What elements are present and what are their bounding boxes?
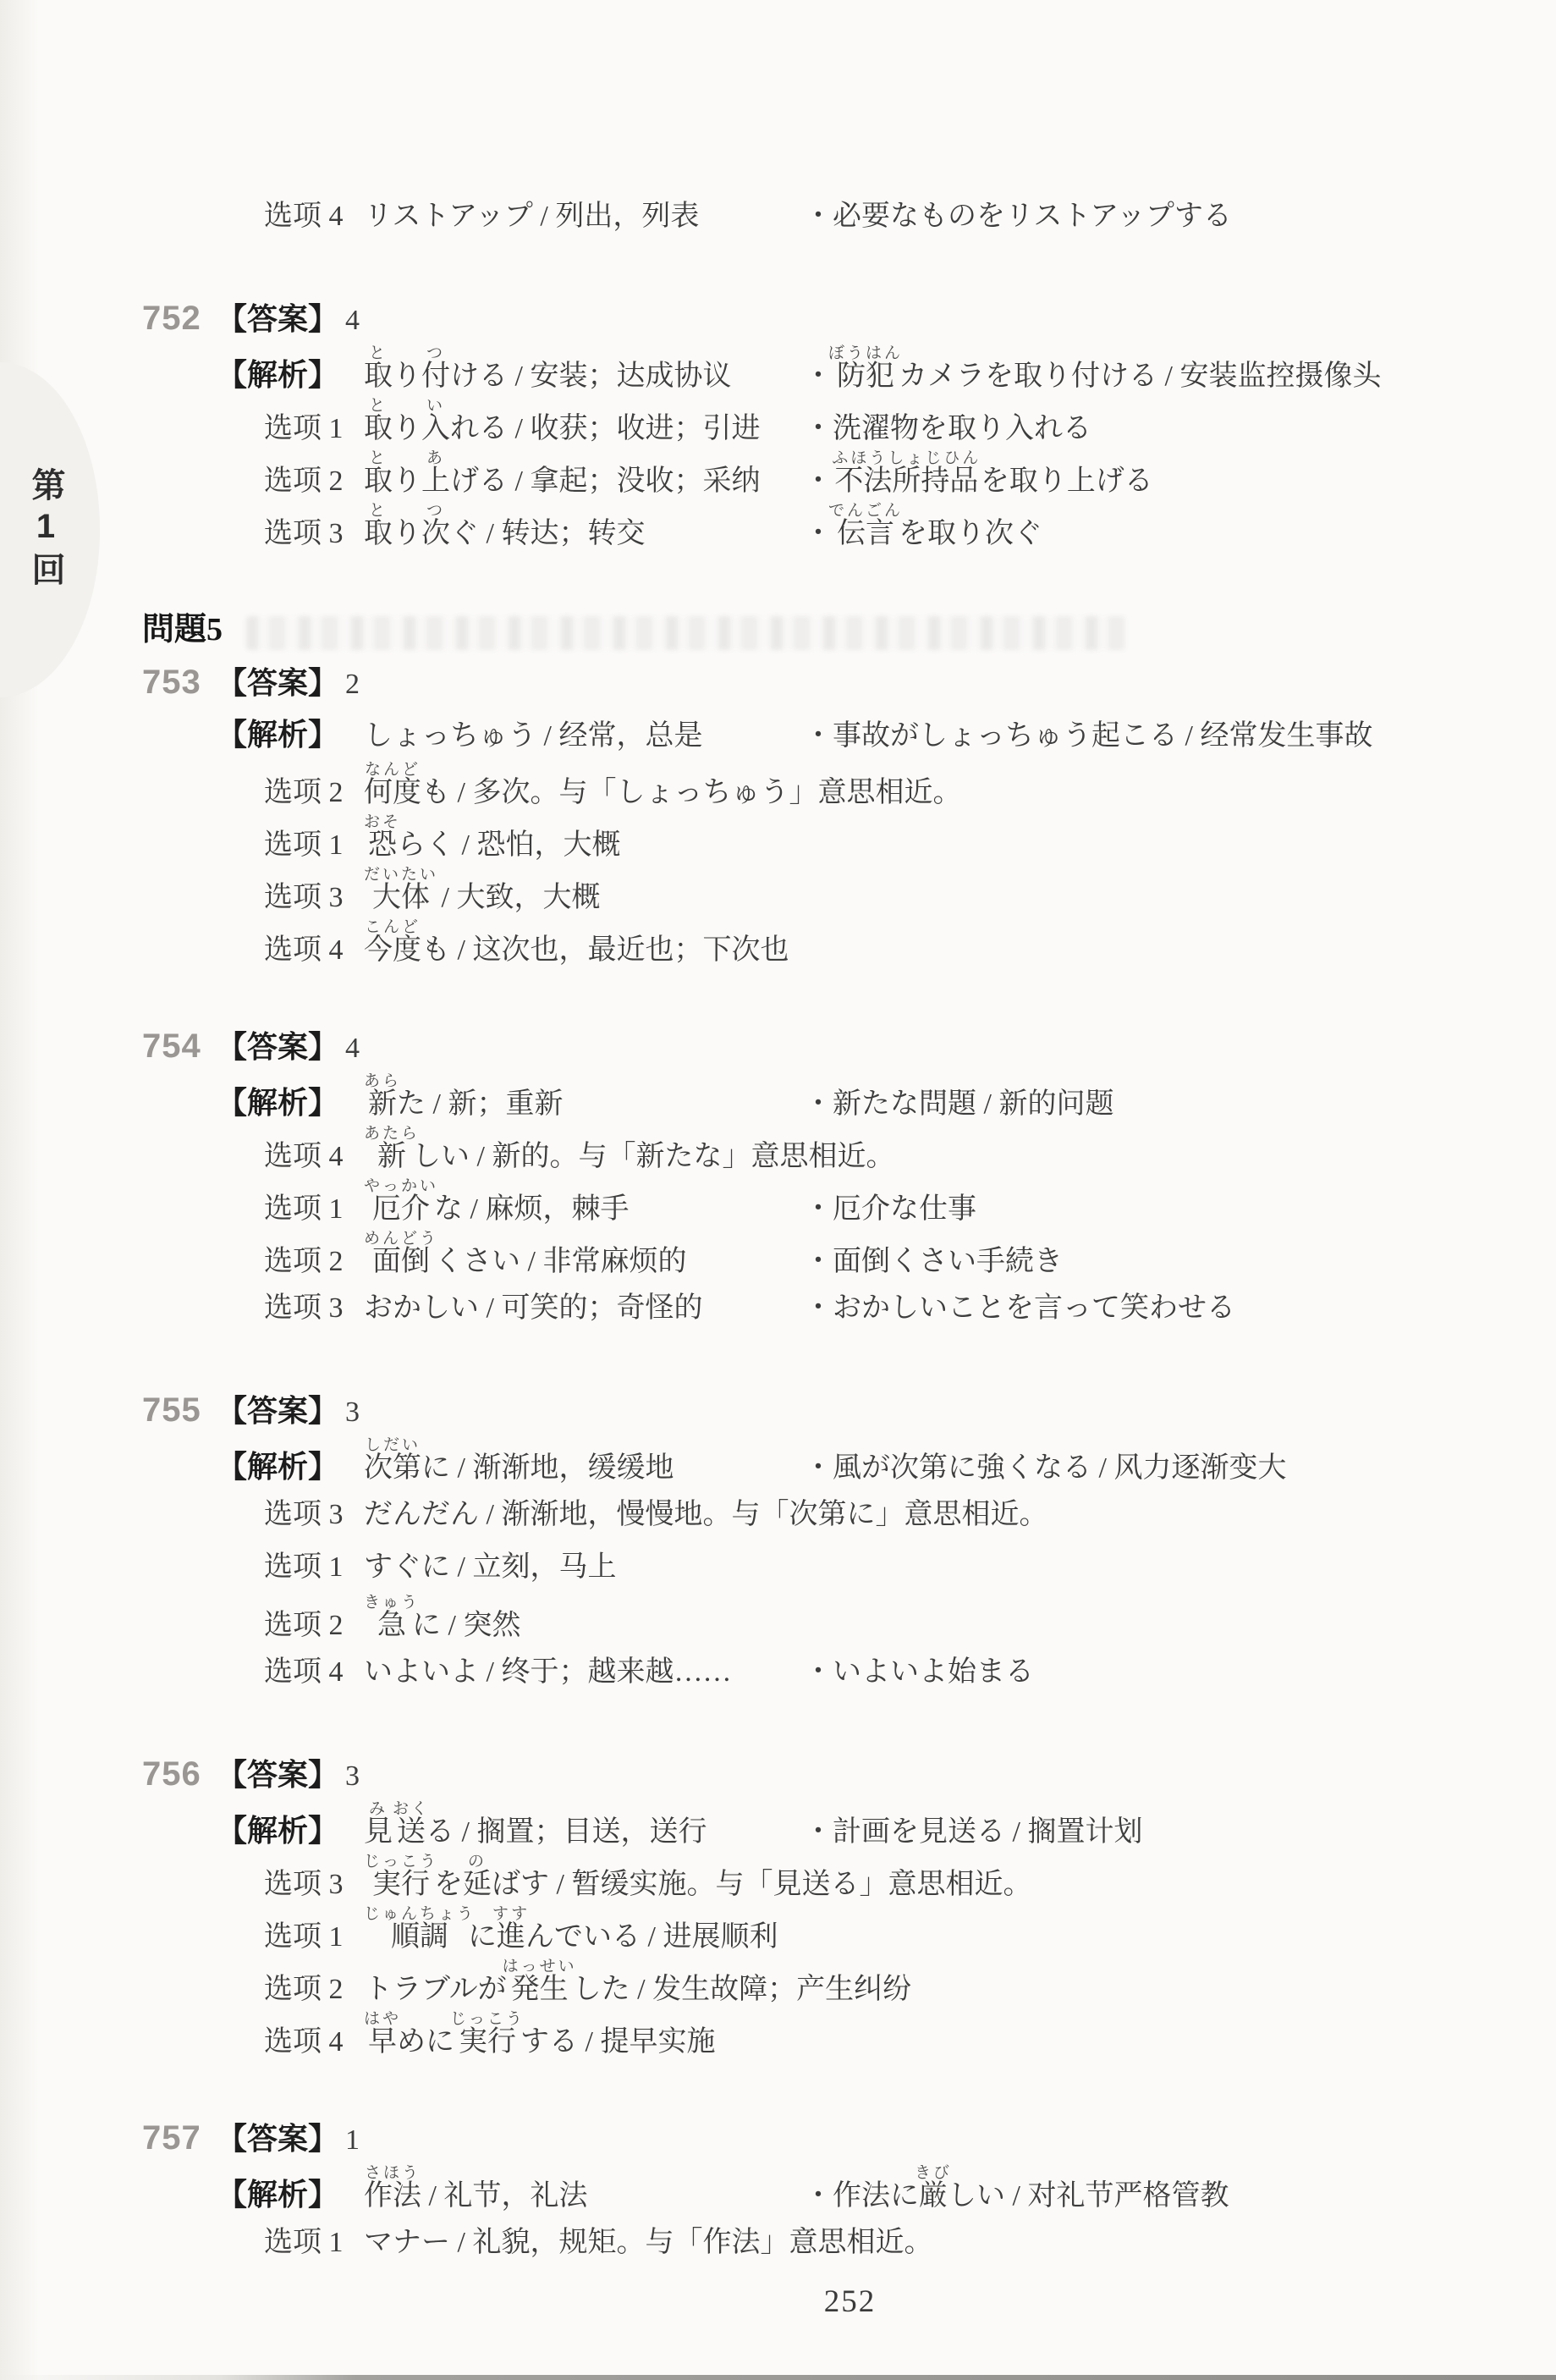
answer-value: 3 <box>345 1760 360 1792</box>
furigana: だいたい <box>364 866 438 884</box>
furigana: こんど <box>364 918 421 936</box>
text-run: くさい / 非常麻烦的 <box>434 1246 686 1277</box>
row-label: 选项 3 <box>264 1859 364 1911</box>
row-label: 选项 2 <box>264 455 364 508</box>
furigana: すす <box>492 1905 530 1923</box>
row-label: 选项 3 <box>264 872 364 924</box>
scan-edge-shading <box>0 0 39 2380</box>
text-run: トラブルが <box>364 1974 507 2005</box>
text-run: した / 发生故障；产生纠纷 <box>573 1974 911 2005</box>
definition-text: 順調じゅんちょうに進すすんでいる / 进展顺利 <box>364 1921 778 1953</box>
explanation-row: 选项 2取とり上あげる / 拿起；没收；采纳・不法所持品ふほうしょじひんを取り上… <box>142 449 1522 502</box>
answer-value: 1 <box>345 2124 360 2156</box>
definition-text: 次第しだいに / 渐渐地，缓缓地 <box>364 1436 804 1495</box>
answer-entry: 753【答案】2【解析】しょっちゅう / 经常，总是・事故がしょっちゅう起こる … <box>142 656 1522 971</box>
answer-head: 755【答案】3 <box>142 1384 1522 1436</box>
row-label: 选项 3 <box>264 1282 364 1335</box>
furigana: と <box>364 502 393 520</box>
side-tab-round1: 第1回 <box>0 362 100 697</box>
answer-entry: 757【答案】1【解析】作法さほう / 礼节，礼法・作法に厳きびしい / 对礼节… <box>142 2112 1522 2269</box>
row-label: 【解析】 <box>217 1441 364 1493</box>
text-run: / 礼节，礼法 <box>421 2180 587 2212</box>
explanation-row: 选项 3実行じっこうを延のばす / 暂缓实施。与「見送る」意思相近。 <box>142 1853 1522 1905</box>
definition-text: 実行じっこうを延のばす / 暂缓实施。与「見送る」意思相近。 <box>364 1869 1031 1900</box>
text-run: た / 新；重新 <box>397 1088 563 1120</box>
answer-entry: 752【答案】4【解析】取とり付つける / 安装；达成协议・防犯ぼうはんカメラを… <box>142 292 1522 554</box>
problem-header-text: 問題5 <box>142 612 223 647</box>
row-label: 选项 3 <box>264 508 364 560</box>
explanation-row: 选项 1恐おそらく / 恐怕，大概 <box>142 813 1522 866</box>
text-run: を取り上げる <box>981 466 1153 497</box>
row-label: 选项 3 <box>264 1489 364 1541</box>
row-label: 选项 2 <box>264 1964 364 2016</box>
explanation-row: 选项 2急きゅうに / 突然 <box>142 1594 1522 1646</box>
text-run: な / 麻烦，棘手 <box>434 1193 629 1225</box>
answer-head: 756【答案】3 <box>142 1748 1522 1800</box>
definition-text: 急きゅうに / 突然 <box>364 1610 520 1641</box>
text-run: も / 这次也，最近也；下次也 <box>421 934 789 966</box>
example-sentence: ・厄介な仕事 <box>804 1193 976 1225</box>
furigana: あたら <box>364 1125 420 1143</box>
answer-head: 753【答案】2 <box>142 656 1522 708</box>
question-number: 755 <box>142 1384 217 1436</box>
ruby-annotated-word: 大体だいたい <box>364 882 434 913</box>
furigana: さほう <box>364 2164 421 2182</box>
text-run: り <box>393 518 421 549</box>
text-run: に / 突然 <box>412 1610 520 1641</box>
ruby-annotated-word: 何度なんど <box>364 777 421 808</box>
answer-value: 4 <box>345 305 360 336</box>
text-run: らく / 恐怕，大概 <box>397 829 620 861</box>
definition-text: トラブルが発生はっせいした / 发生故障；产生纠纷 <box>364 1974 911 2005</box>
ruby-annotated-word: 厄介やっかい <box>364 1193 434 1225</box>
text-run: ・洗濯物を取り入れる <box>804 413 1091 444</box>
text-run: んでいる / 进展顺利 <box>525 1921 778 1953</box>
text-run: だんだん / 渐渐地，慢慢地。与「次第に」意思相近。 <box>364 1499 1047 1530</box>
example-sentence: ・新たな問題 / 新的问题 <box>804 1088 1113 1120</box>
furigana: じっこう <box>450 2010 525 2028</box>
row-label: 【解析】 <box>217 708 364 761</box>
ruby-annotated-word: 取と <box>364 413 393 444</box>
furigana: でんごん <box>828 502 903 520</box>
ruby-annotated-word: 取と <box>364 518 393 549</box>
text-run: ・作法に <box>804 2180 919 2212</box>
row-label: 选项 1 <box>264 2217 364 2269</box>
ruby-annotated-word: 延の <box>463 1869 492 1900</box>
answer-label: 【答案】 <box>217 302 338 336</box>
definition-text: おかしい / 可笑的；奇怪的 <box>364 1282 804 1335</box>
definition-text: しょっちゅう / 经常，总是 <box>364 710 804 763</box>
furigana: しだい <box>364 1436 421 1454</box>
row-label: 选项 4 <box>264 1131 364 1183</box>
text-run: ばす / 暂缓实施。与「見送る」意思相近。 <box>492 1869 1031 1900</box>
ruby-annotated-word: 実行じっこう <box>364 1869 434 1900</box>
example-sentence: ・必要なものをリストアップする <box>804 201 1232 232</box>
ruby-annotated-word: 急きゅう <box>364 1610 412 1641</box>
definition-text: マナー / 礼貌，规矩。与「作法」意思相近。 <box>364 2227 932 2258</box>
row-label: 选项 1 <box>264 819 364 872</box>
definition-text: 作法さほう / 礼节，礼法 <box>364 2164 804 2223</box>
row-label: 选项 4 <box>264 1646 364 1699</box>
row-label: 选项 2 <box>264 1600 364 1652</box>
row-label: 选项 1 <box>264 1911 364 1964</box>
furigana: い <box>421 397 450 415</box>
explanation-row: 选项 1取とり入いれる / 收获；收进；引进・洗濯物を取り入れる <box>142 397 1522 449</box>
text-run: げる / 拿起；没收；采纳 <box>450 466 760 497</box>
row-label: 【解析】 <box>217 1077 364 1129</box>
answer-label: 【答案】 <box>217 2122 338 2156</box>
row-label: 选项 1 <box>264 403 364 455</box>
answer-label: 【答案】 <box>217 1030 338 1064</box>
furigana: の <box>463 1853 492 1870</box>
definition-text: 取とり次つぐ / 转达；转交 <box>364 502 804 560</box>
text-run: ・新たな問題 / 新的问题 <box>804 1088 1113 1120</box>
furigana: はや <box>364 2010 401 2028</box>
definition-text: 取とり入いれる / 收获；收进；引进 <box>364 397 804 455</box>
text-run: ける / 安装；达成协议 <box>450 361 731 392</box>
ruby-annotated-word: 不法所持品ふほうしょじひん <box>833 466 981 497</box>
page-number: 252 <box>72 2284 1556 2320</box>
answer-entry: 754【答案】4【解析】新あらた / 新；重新・新たな問題 / 新的问题选项 4… <box>142 1020 1522 1335</box>
text-run: を <box>434 1869 463 1900</box>
carryover-line: 选项 4リストアップ / 列出，列表・必要なものをリストアップする <box>142 190 1522 243</box>
text-run: しい / 对礼节严格管教 <box>948 2180 1229 2212</box>
text-run: ・おかしいことを言って笑わせる <box>804 1292 1235 1324</box>
text-run: おかしい / 可笑的；奇怪的 <box>364 1292 702 1324</box>
definition-text: 大体だいたい / 大致，大概 <box>364 882 600 913</box>
answer-value: 4 <box>345 1033 360 1064</box>
furigana: じゅんちょう <box>364 1905 476 1923</box>
ruby-annotated-word: 見み <box>364 1816 393 1848</box>
text-run: り <box>393 361 421 392</box>
text-run: り <box>393 466 421 497</box>
furigana: ぼうはん <box>828 344 903 362</box>
explanation-row: 选项 2トラブルが発生はっせいした / 发生故障；产生纠纷 <box>142 1958 1522 2010</box>
furigana: と <box>364 397 393 415</box>
explanation-row: 选项 4リストアップ / 列出，列表・必要なものをリストアップする <box>142 190 1522 243</box>
answer-key-content: 选项 4リストアップ / 列出，列表・必要なものをリストアップする752【答案】… <box>142 190 1522 2318</box>
definition-text: 早はやめに実行じっこうする / 提早实施 <box>364 2026 715 2058</box>
furigana: ふほうしょじひん <box>832 449 981 467</box>
furigana: と <box>364 449 393 467</box>
row-label: 选项 2 <box>264 1236 364 1288</box>
explanation-row: 选项 1すぐに / 立刻，马上 <box>142 1541 1522 1594</box>
explanation-row: 【解析】作法さほう / 礼节，礼法・作法に厳きびしい / 对礼节严格管教 <box>142 2164 1522 2217</box>
explanation-row: 【解析】見み送おくる / 搁置；目送，送行・計画を見送る / 搁置计划 <box>142 1800 1522 1853</box>
side-tab-label: 第1回 <box>22 467 70 592</box>
ruby-annotated-word: 付つ <box>421 361 450 392</box>
question-number: 757 <box>142 2112 217 2164</box>
question-number: 754 <box>142 1020 217 1072</box>
explanation-row: 选项 3だんだん / 渐渐地，慢慢地。与「次第に」意思相近。 <box>142 1489 1522 1541</box>
row-label: 【解析】 <box>217 1804 364 1857</box>
furigana: あら <box>364 1072 401 1090</box>
definition-text: 取とり上あげる / 拿起；没收；采纳 <box>364 449 804 508</box>
furigana: きゅう <box>364 1594 420 1611</box>
explanation-row: 【解析】しょっちゅう / 经常，总是・事故がしょっちゅう起こる / 经常发生事故 <box>142 708 1522 761</box>
definition-text: 今度こんども / 这次也，最近也；下次也 <box>364 934 789 966</box>
text-run: ・事故がしょっちゅう起こる / 经常发生事故 <box>804 720 1372 752</box>
ruby-annotated-word: 作法さほう <box>364 2180 421 2212</box>
text-run: する / 提早实施 <box>520 2026 715 2058</box>
text-run: ・厄介な仕事 <box>804 1193 976 1225</box>
row-label: 选项 1 <box>264 1183 364 1236</box>
ruby-annotated-word: 早はや <box>364 2026 397 2058</box>
example-sentence: ・面倒くさい手続き <box>804 1246 1063 1277</box>
text-run: れる / 收获；收进；引进 <box>450 413 760 444</box>
definition-text: 面倒めんどうくさい / 非常麻烦的 <box>364 1230 804 1288</box>
text-run: ・面倒くさい手続き <box>804 1246 1063 1277</box>
ruby-annotated-word: 次第しだい <box>364 1452 421 1484</box>
ruby-annotated-word: 伝言でんごん <box>833 518 899 549</box>
furigana: なんど <box>364 761 421 779</box>
ruby-annotated-word: 取と <box>364 361 393 392</box>
ruby-annotated-word: 実行じっこう <box>454 2026 520 2058</box>
furigana: つ <box>421 344 450 362</box>
ghost-print-watermark <box>246 616 1126 650</box>
problem-section-header: 問題5 <box>142 603 1522 656</box>
definition-text: 新あらた / 新；重新 <box>364 1072 804 1131</box>
text-run: を取り次ぐ <box>899 518 1042 549</box>
ruby-annotated-word: 入い <box>421 413 450 444</box>
answer-label: 【答案】 <box>217 666 338 700</box>
text-run: すぐに / 立刻，马上 <box>364 1551 616 1583</box>
explanation-row: 【解析】取とり付つける / 安装；达成协议・防犯ぼうはんカメラを取り付ける / … <box>142 344 1522 397</box>
example-sentence: ・洗濯物を取り入れる <box>804 413 1091 444</box>
furigana: み <box>364 1800 393 1818</box>
text-run: マナー / 礼貌，规矩。与「作法」意思相近。 <box>364 2227 932 2258</box>
answer-head: 754【答案】4 <box>142 1020 1522 1072</box>
example-sentence: ・いよいよ始まる <box>804 1656 1034 1688</box>
example-sentence: ・防犯ぼうはんカメラを取り付ける / 安装监控摄像头 <box>804 361 1381 392</box>
definition-text: すぐに / 立刻，马上 <box>364 1551 616 1583</box>
example-sentence: ・計画を見送る / 搁置计划 <box>804 1816 1142 1848</box>
furigana: おく <box>393 1800 430 1818</box>
row-label: 【解析】 <box>217 349 364 401</box>
furigana: はっせい <box>503 1958 577 1975</box>
ruby-annotated-word: 厳きび <box>919 2180 948 2212</box>
furigana: きび <box>915 2164 952 2182</box>
furigana: おそ <box>364 813 401 831</box>
explanation-row: 选项 1順調じゅんちょうに進すすんでいる / 进展顺利 <box>142 1905 1522 1958</box>
text-run: しょっちゅう / 经常，总是 <box>364 720 702 752</box>
furigana: と <box>364 344 393 362</box>
ruby-annotated-word: 取と <box>364 466 393 497</box>
answer-label: 【答案】 <box>217 1394 338 1428</box>
example-sentence: ・おかしいことを言って笑わせる <box>804 1292 1235 1324</box>
answer-label: 【答案】 <box>217 1758 338 1792</box>
explanation-row: 【解析】新あらた / 新；重新・新たな問題 / 新的问题 <box>142 1072 1522 1125</box>
furigana: じっこう <box>364 1853 438 1870</box>
ruby-annotated-word: 上あ <box>421 466 450 497</box>
text-run: いよいよ / 终于；越来越…… <box>364 1656 731 1688</box>
ruby-annotated-word: 面倒めんどう <box>364 1246 434 1277</box>
ruby-annotated-word: 順調じゅんちょう <box>364 1921 468 1953</box>
ruby-annotated-word: 新あたら <box>364 1141 412 1172</box>
answer-value: 3 <box>345 1397 360 1428</box>
explanation-row: 【解析】次第しだいに / 渐渐地，缓缓地・風が次第に強くなる / 风力逐渐变大 <box>142 1436 1522 1489</box>
definition-text: 見み送おくる / 搁置；目送，送行 <box>364 1800 804 1859</box>
text-run: / 大致，大概 <box>434 882 600 913</box>
example-sentence: ・不法所持品ふほうしょじひんを取り上げる <box>804 466 1153 497</box>
text-run: リストアップ / 列出，列表 <box>364 201 699 232</box>
furigana: つ <box>421 502 450 520</box>
answer-value: 2 <box>345 669 360 700</box>
example-sentence: ・伝言でんごんを取り次ぐ <box>804 518 1042 549</box>
ruby-annotated-word: 次つ <box>421 518 450 549</box>
ruby-annotated-word: 発生はっせい <box>507 1974 573 2005</box>
definition-text: 厄介やっかいな / 麻烦，棘手 <box>364 1177 804 1236</box>
answer-entry: 756【答案】3【解析】見み送おくる / 搁置；目送，送行・計画を見送る / 搁… <box>142 1748 1522 2063</box>
text-run: ・いよいよ始まる <box>804 1656 1034 1688</box>
row-label: 选项 1 <box>264 1541 364 1594</box>
explanation-row: 选项 2面倒めんどうくさい / 非常麻烦的・面倒くさい手続き <box>142 1230 1522 1282</box>
row-label: 选项 4 <box>264 190 364 243</box>
definition-text: 新あたらしい / 新的。与「新たな」意思相近。 <box>364 1141 894 1172</box>
question-number: 753 <box>142 656 217 708</box>
ruby-annotated-word: 送おく <box>393 1816 426 1848</box>
explanation-row: 选项 3大体だいたい / 大致，大概 <box>142 866 1522 918</box>
row-label: 选项 4 <box>264 924 364 977</box>
ruby-annotated-word: 恐おそ <box>364 829 397 861</box>
text-run: る / 搁置；目送，送行 <box>426 1816 707 1848</box>
text-run: ぐ / 转达；转交 <box>450 518 645 549</box>
furigana: やっかい <box>364 1177 438 1195</box>
answer-head: 757【答案】1 <box>142 2112 1522 2164</box>
definition-text: 取とり付つける / 安装；达成协议 <box>364 344 804 403</box>
row-label: 选项 2 <box>264 767 364 819</box>
text-run: めに <box>397 2026 454 2058</box>
example-sentence: ・風が次第に強くなる / 风力逐渐变大 <box>804 1452 1286 1484</box>
furigana: あ <box>421 449 450 467</box>
answer-entry: 755【答案】3【解析】次第しだいに / 渐渐地，缓缓地・風が次第に強くなる /… <box>142 1384 1522 1699</box>
explanation-row: 选项 4今度こんども / 这次也，最近也；下次也 <box>142 918 1522 971</box>
definition-text: 恐おそらく / 恐怕，大概 <box>364 829 620 861</box>
question-number: 752 <box>142 292 217 344</box>
text-run: ・ <box>804 466 833 497</box>
definition-text: いよいよ / 终于；越来越…… <box>364 1646 804 1699</box>
ruby-annotated-word: 進すす <box>497 1921 525 1953</box>
explanation-row: 选项 4いよいよ / 终于；越来越……・いよいよ始まる <box>142 1646 1522 1699</box>
text-run: ・必要なものをリストアップする <box>804 201 1232 232</box>
definition-text: だんだん / 渐渐地，慢慢地。与「次第に」意思相近。 <box>364 1499 1047 1530</box>
explanation-row: 选项 3おかしい / 可笑的；奇怪的・おかしいことを言って笑わせる <box>142 1282 1522 1335</box>
furigana: めんどう <box>364 1230 438 1248</box>
answer-head: 752【答案】4 <box>142 292 1522 344</box>
ruby-annotated-word: 新あら <box>364 1088 397 1120</box>
definition-text: リストアップ / 列出，列表 <box>364 190 804 243</box>
question-number: 756 <box>142 1748 217 1800</box>
text-run: しい / 新的。与「新たな」意思相近。 <box>412 1141 894 1172</box>
explanation-row: 选项 3取とり次つぐ / 转达；转交・伝言でんごんを取り次ぐ <box>142 502 1522 554</box>
definition-text: 何度なんども / 多次。与「しょっちゅう」意思相近。 <box>364 777 961 808</box>
text-run: カメラを取り付ける / 安装监控摄像头 <box>899 361 1381 392</box>
row-label: 选项 4 <box>264 2016 364 2069</box>
explanation-row: 选项 4早はやめに実行じっこうする / 提早实施 <box>142 2010 1522 2063</box>
text-run: り <box>393 413 421 444</box>
text-run: ・風が次第に強くなる / 风力逐渐变大 <box>804 1452 1286 1484</box>
row-label: 【解析】 <box>217 2168 364 2221</box>
example-sentence: ・作法に厳きびしい / 对礼节严格管教 <box>804 2180 1229 2212</box>
text-run: も / 多次。与「しょっちゅう」意思相近。 <box>421 777 961 808</box>
scan-bottom-edge <box>0 2375 1556 2380</box>
ruby-annotated-word: 防犯ぼうはん <box>833 361 899 392</box>
explanation-row: 选项 1マナー / 礼貌，规矩。与「作法」意思相近。 <box>142 2217 1522 2269</box>
explanation-row: 选项 1厄介やっかいな / 麻烦，棘手・厄介な仕事 <box>142 1177 1522 1230</box>
scanned-page: { "page": { "number": "252", "side_tab":… <box>0 0 1556 2380</box>
explanation-row: 选项 4新あたらしい / 新的。与「新たな」意思相近。 <box>142 1125 1522 1177</box>
ruby-annotated-word: 今度こんど <box>364 934 421 966</box>
example-sentence: ・事故がしょっちゅう起こる / 经常发生事故 <box>804 720 1372 752</box>
explanation-row: 选项 2何度なんども / 多次。与「しょっちゅう」意思相近。 <box>142 761 1522 813</box>
text-run: に / 渐渐地，缓缓地 <box>421 1452 674 1484</box>
text-run: ・計画を見送る / 搁置计划 <box>804 1816 1142 1848</box>
